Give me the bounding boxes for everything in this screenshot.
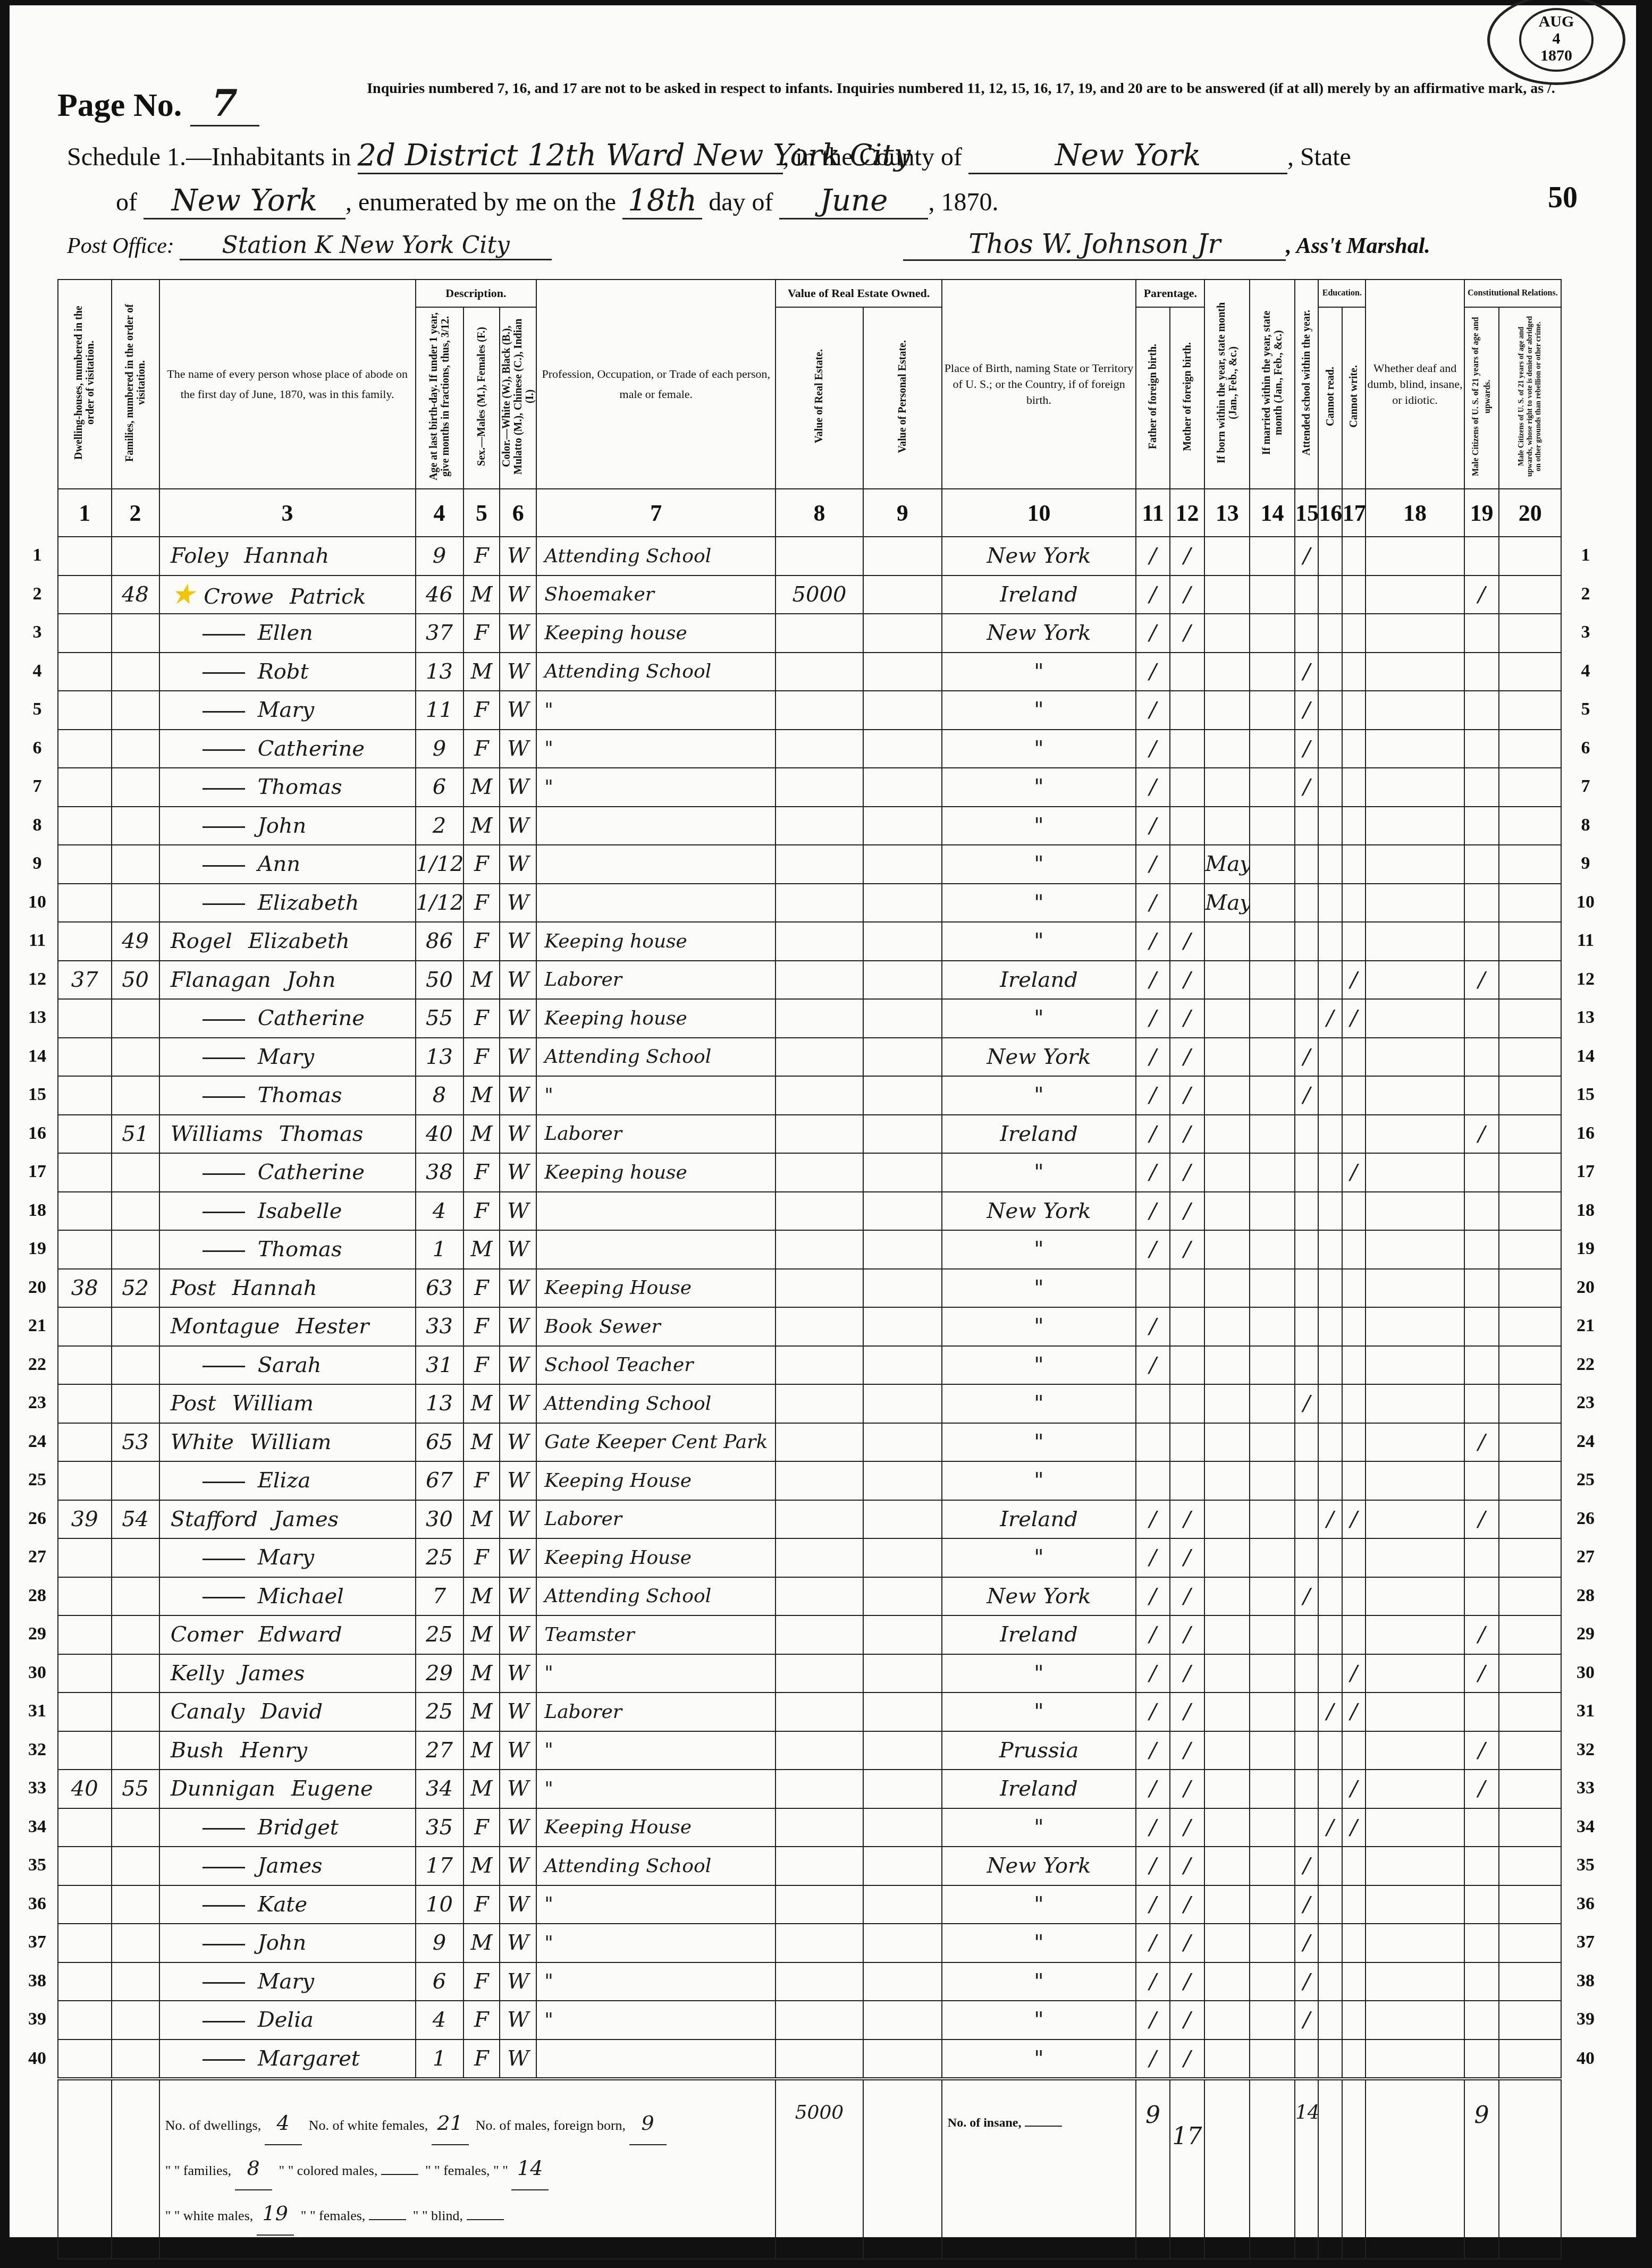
line-number-right: 14 — [1570, 1046, 1602, 1067]
father-foreign-mark: / — [1136, 884, 1170, 923]
sex: F — [463, 922, 500, 961]
father-foreign-mark: / — [1136, 1654, 1170, 1693]
person-name: KellyJames — [159, 1654, 416, 1693]
married-within-year-month — [1250, 2039, 1295, 2079]
disability — [1366, 1654, 1464, 1693]
cannot-write-mark — [1342, 1192, 1366, 1231]
person-name: MontagueHester — [159, 1307, 416, 1346]
column-number: 11 — [1136, 489, 1170, 537]
cannot-write-mark — [1342, 922, 1366, 961]
age: 33 — [416, 1307, 463, 1346]
line-number-left: 39 — [21, 2009, 53, 2029]
cannot-read-mark — [1318, 1924, 1342, 1962]
color: W — [500, 2001, 536, 2039]
birthplace: " — [942, 1269, 1136, 1308]
sex: M — [463, 1423, 500, 1462]
person-name: Thomas — [159, 768, 416, 807]
given-name: William — [232, 1391, 314, 1416]
sex: F — [463, 730, 500, 768]
person-name: Eliza — [159, 1461, 416, 1500]
state-label: , State — [1287, 143, 1351, 171]
color: W — [500, 922, 536, 961]
census-row: Robt13MWAttending School"// — [58, 653, 1561, 691]
sex: F — [463, 1038, 500, 1077]
color: W — [500, 576, 536, 614]
surname-ditto-dash — [203, 1559, 245, 1560]
cannot-read-mark — [1318, 1038, 1342, 1077]
birthplace: " — [942, 1538, 1136, 1577]
surname: Stafford — [171, 1507, 258, 1531]
census-row: KellyJames29MW""//// — [58, 1654, 1561, 1693]
occupation: Gate Keeper Cent Park — [536, 1423, 776, 1462]
color: W — [500, 1307, 536, 1346]
birthplace: " — [942, 653, 1136, 691]
surname: Dunnigan — [171, 1776, 275, 1801]
line-number-left: 40 — [21, 2049, 53, 2069]
dwelling-number — [58, 1230, 112, 1269]
line-number-right: 21 — [1570, 1316, 1602, 1336]
age: 6 — [416, 768, 463, 807]
given-name: Henry — [240, 1738, 307, 1763]
census-row: Isabelle4FWNew York// — [58, 1192, 1561, 1231]
married-within-year-month — [1250, 1153, 1295, 1192]
post-office-label: Post Office: — [67, 234, 174, 258]
dwelling-number — [58, 1307, 112, 1346]
mother-foreign-mark — [1170, 1307, 1205, 1346]
vote-denied-mark — [1499, 884, 1561, 923]
cannot-read-mark: / — [1318, 1692, 1342, 1731]
line-number-left: 1 — [21, 545, 53, 565]
dwelling-number — [58, 1847, 112, 1885]
surname-ditto-dash — [203, 1905, 245, 1907]
occupation: Keeping House — [536, 1538, 776, 1577]
age: 1 — [416, 2039, 463, 2079]
personal-estate-value — [863, 653, 942, 691]
col-6-header: Color.—White (W.), Black (B.), Mulatto (… — [500, 307, 536, 489]
disability — [1366, 807, 1464, 845]
attended-school-mark — [1295, 1307, 1318, 1346]
cannot-read-mark — [1318, 961, 1342, 1000]
birthplace: " — [942, 2039, 1136, 2079]
birthplace: " — [942, 1346, 1136, 1385]
color: W — [500, 1500, 536, 1539]
person-name: PostWilliam — [159, 1384, 416, 1423]
vote-denied-mark — [1499, 1115, 1561, 1154]
male-citizen-mark — [1464, 1384, 1499, 1423]
family-number — [112, 614, 159, 653]
given-name: Delia — [258, 2008, 314, 2032]
father-foreign-mark — [1136, 1461, 1170, 1500]
dwelling-number — [58, 1461, 112, 1500]
occupation — [536, 1230, 776, 1269]
real-estate-value — [776, 999, 863, 1038]
attended-school-mark — [1295, 1731, 1318, 1770]
person-name: Isabelle — [159, 1192, 416, 1231]
cannot-read-mark — [1318, 1115, 1342, 1154]
birthplace: " — [942, 1924, 1136, 1962]
dwelling-number — [58, 1115, 112, 1154]
father-foreign-mark — [1136, 1269, 1170, 1308]
person-name: CanalyDavid — [159, 1692, 416, 1731]
person-name: James — [159, 1847, 416, 1885]
person-name: FoleyHannah — [159, 537, 416, 576]
male-citizen-mark — [1464, 1346, 1499, 1385]
vote-denied-mark — [1499, 1192, 1561, 1231]
given-name: Thomas — [258, 1237, 342, 1262]
born-within-year-month — [1204, 999, 1250, 1038]
father-foreign-mark: / — [1136, 576, 1170, 614]
born-within-year-month — [1204, 1615, 1250, 1654]
married-within-year-month — [1250, 961, 1295, 1000]
age: 29 — [416, 1654, 463, 1693]
married-within-year-month — [1250, 1384, 1295, 1423]
line-number-left: 26 — [21, 1509, 53, 1529]
given-name: David — [260, 1699, 323, 1724]
occupation: " — [536, 1962, 776, 2001]
family-number — [112, 1307, 159, 1346]
person-name: Elizabeth — [159, 884, 416, 923]
personal-estate-value — [863, 1962, 942, 2001]
occupation: Keeping house — [536, 999, 776, 1038]
sex: M — [463, 1731, 500, 1770]
color: W — [500, 1076, 536, 1115]
personal-estate-value — [863, 884, 942, 923]
personal-estate-value — [863, 537, 942, 576]
line-number-left: 25 — [21, 1470, 53, 1490]
male-citizen-mark — [1464, 2001, 1499, 2039]
born-within-year-month — [1204, 1461, 1250, 1500]
column-number: 19 — [1464, 489, 1499, 537]
personal-estate-value — [863, 576, 942, 614]
disability — [1366, 1770, 1464, 1808]
mother-foreign-mark — [1170, 884, 1205, 923]
cannot-write-mark — [1342, 691, 1366, 730]
born-within-year-month — [1204, 1692, 1250, 1731]
occupation: " — [536, 691, 776, 730]
sex: M — [463, 961, 500, 1000]
dwelling-number — [58, 1038, 112, 1077]
sex: F — [463, 1461, 500, 1500]
age: 86 — [416, 922, 463, 961]
vote-denied-mark — [1499, 1500, 1561, 1539]
surname: Post — [171, 1391, 216, 1416]
mother-foreign-mark: / — [1170, 1192, 1205, 1231]
census-row: Bridget35FWKeeping House"//// — [58, 1808, 1561, 1847]
father-foreign-mark: / — [1136, 1808, 1170, 1847]
col-15-total: 14 — [1295, 2079, 1318, 2259]
year-label: , 1870. — [928, 188, 998, 216]
person-name: Mary — [159, 1038, 416, 1077]
census-row: John9MW""/// — [58, 1924, 1561, 1962]
census-row: Thomas1MW"// — [58, 1230, 1561, 1269]
age: 55 — [416, 999, 463, 1038]
family-number — [112, 999, 159, 1038]
foreign-males-count: 9 — [629, 2102, 667, 2145]
color: W — [500, 537, 536, 576]
cannot-read-mark — [1318, 1654, 1342, 1693]
real-estate-value — [776, 1269, 863, 1308]
line-number-right: 33 — [1570, 1778, 1602, 1798]
personal-estate-value — [863, 845, 942, 884]
col-13-header: If born within the year, state month (Ja… — [1204, 280, 1250, 489]
sex: F — [463, 614, 500, 653]
colored-males-count — [381, 2174, 418, 2175]
cannot-write-mark: / — [1342, 1692, 1366, 1731]
born-within-year-month — [1204, 1269, 1250, 1308]
family-number — [112, 1577, 159, 1616]
attended-school-mark — [1295, 1115, 1318, 1154]
occupation: Keeping house — [536, 1153, 776, 1192]
sex: M — [463, 1230, 500, 1269]
vote-denied-mark — [1499, 1885, 1561, 1924]
cannot-write-mark — [1342, 653, 1366, 691]
male-citizen-mark — [1464, 1885, 1499, 1924]
occupation: " — [536, 1731, 776, 1770]
father-foreign-mark: / — [1136, 1192, 1170, 1231]
attended-school-mark — [1295, 1538, 1318, 1577]
age: 25 — [416, 1538, 463, 1577]
birthplace: " — [942, 1076, 1136, 1115]
mother-foreign-mark — [1170, 1384, 1205, 1423]
disability — [1366, 1538, 1464, 1577]
census-rows: FoleyHannah9FWAttending SchoolNew York//… — [58, 537, 1561, 2079]
surname-ditto-dash — [203, 1019, 245, 1021]
cannot-write-mark — [1342, 1346, 1366, 1385]
received-date-stamp: AUG 4 1870 — [1487, 0, 1625, 85]
personal-estate-value — [863, 1269, 942, 1308]
age: 35 — [416, 1808, 463, 1847]
vote-denied-mark — [1499, 614, 1561, 653]
occupation: " — [536, 1885, 776, 1924]
attended-school-mark: / — [1295, 537, 1318, 576]
surname: Bush — [171, 1738, 224, 1763]
person-name: RogelElizabeth — [159, 922, 416, 961]
real-estate-value — [776, 1847, 863, 1885]
vote-denied-mark — [1499, 1731, 1561, 1770]
census-row: John2MW"/ — [58, 807, 1561, 845]
dwelling-number — [58, 1808, 112, 1847]
mother-foreign-mark: / — [1170, 961, 1205, 1000]
given-name: Isabelle — [258, 1199, 342, 1223]
census-row: Mary25FWKeeping House"// — [58, 1538, 1561, 1577]
line-number-left: 33 — [21, 1778, 53, 1798]
father-foreign-mark: / — [1136, 1038, 1170, 1077]
male-citizen-mark — [1464, 1038, 1499, 1077]
census-sheet: AUG 4 1870 Page No. 7 Inquiries numbered… — [10, 5, 1636, 2237]
cannot-write-mark: / — [1342, 1153, 1366, 1192]
mother-foreign-mark: / — [1170, 922, 1205, 961]
married-within-year-month — [1250, 1731, 1295, 1770]
line-number-left: 18 — [21, 1200, 53, 1221]
surname: Comer — [171, 1622, 242, 1647]
line-number-right: 9 — [1570, 853, 1602, 874]
vote-denied-mark — [1499, 1038, 1561, 1077]
line-number-right: 37 — [1570, 1932, 1602, 1952]
disability — [1366, 1692, 1464, 1731]
mother-foreign-mark: / — [1170, 1847, 1205, 1885]
birthplace: Ireland — [942, 576, 1136, 614]
census-row: Mary6FW""/// — [58, 1962, 1561, 2001]
line-number-left: 32 — [21, 1740, 53, 1760]
dwelling-number — [58, 1076, 112, 1115]
mother-foreign-mark: / — [1170, 1538, 1205, 1577]
cannot-read-mark — [1318, 1770, 1342, 1808]
given-name: John — [258, 814, 307, 838]
line-number-left: 3 — [21, 622, 53, 642]
dwelling-number — [58, 884, 112, 923]
real-estate-value — [776, 691, 863, 730]
line-number-left: 20 — [21, 1277, 53, 1298]
married-within-year-month — [1250, 614, 1295, 653]
census-row: Delia4FW""/// — [58, 2001, 1561, 2039]
line-number-left: 10 — [21, 892, 53, 912]
person-name: John — [159, 807, 416, 845]
disability — [1366, 1076, 1464, 1115]
father-foreign-mark: / — [1136, 1153, 1170, 1192]
color: W — [500, 1962, 536, 2001]
sex: M — [463, 1770, 500, 1808]
vote-denied-mark — [1499, 1654, 1561, 1693]
surname-ditto-dash — [203, 1250, 245, 1252]
mother-foreign-mark: / — [1170, 1038, 1205, 1077]
disability — [1366, 922, 1464, 961]
line-number-left: 6 — [21, 738, 53, 758]
birthplace: " — [942, 1307, 1136, 1346]
age: 40 — [416, 1115, 463, 1154]
color: W — [500, 1847, 536, 1885]
surname: Kelly — [171, 1661, 224, 1686]
dwelling-number — [58, 2001, 112, 2039]
cannot-read-mark — [1318, 1230, 1342, 1269]
sex: F — [463, 1307, 500, 1346]
attended-school-mark — [1295, 1770, 1318, 1808]
dwelling-number — [58, 1654, 112, 1693]
attended-school-mark — [1295, 1423, 1318, 1462]
family-number — [112, 807, 159, 845]
mother-foreign-mark — [1170, 691, 1205, 730]
line-number-left: 34 — [21, 1817, 53, 1837]
personal-estate-value — [863, 2039, 942, 2079]
given-name: John — [258, 1931, 307, 1955]
census-row: 4055DunniganEugene34MW"Ireland//// — [58, 1770, 1561, 1808]
color: W — [500, 999, 536, 1038]
birthplace: " — [942, 1461, 1136, 1500]
real-estate-value — [776, 1307, 863, 1346]
line-number-right: 34 — [1570, 1817, 1602, 1837]
sex: F — [463, 1962, 500, 2001]
age: 17 — [416, 1847, 463, 1885]
real-estate-group-header: Value of Real Estate Owned. — [776, 280, 941, 307]
family-number — [112, 1230, 159, 1269]
col-9-header: Value of Personal Estate. — [863, 307, 942, 489]
cannot-read-mark — [1318, 1384, 1342, 1423]
married-within-year-month — [1250, 576, 1295, 614]
born-within-year-month — [1204, 653, 1250, 691]
male-citizen-mark — [1464, 1230, 1499, 1269]
male-citizen-mark — [1464, 768, 1499, 807]
personal-estate-value — [863, 961, 942, 1000]
dwelling-number — [58, 1885, 112, 1924]
real-estate-value — [776, 1346, 863, 1385]
age: 31 — [416, 1346, 463, 1385]
surname: Williams — [171, 1122, 263, 1146]
age: 38 — [416, 1153, 463, 1192]
post-office-line: Post Office: Station K New York City Tho… — [67, 229, 1430, 261]
personal-estate-value — [863, 1307, 942, 1346]
birthplace: " — [942, 922, 1136, 961]
born-within-year-month — [1204, 614, 1250, 653]
page-no-label: Page No. — [57, 87, 182, 123]
person-name: Mary — [159, 1962, 416, 2001]
col-1-header: Dwelling-houses, numbered in the order o… — [58, 280, 112, 489]
color: W — [500, 1192, 536, 1231]
census-row: 51WilliamsThomas40MWLaborerIreland/// — [58, 1115, 1561, 1154]
line-number-right: 35 — [1570, 1855, 1602, 1875]
father-foreign-mark: / — [1136, 1885, 1170, 1924]
male-citizen-mark — [1464, 1269, 1499, 1308]
census-row: Catherine38FWKeeping house"/// — [58, 1153, 1561, 1192]
line-number-right: 30 — [1570, 1663, 1602, 1683]
age: 13 — [416, 1384, 463, 1423]
personal-estate-value — [863, 1346, 942, 1385]
family-number — [112, 1692, 159, 1731]
line-number-right: 28 — [1570, 1586, 1602, 1606]
sex: M — [463, 653, 500, 691]
vote-denied-mark — [1499, 807, 1561, 845]
disability — [1366, 730, 1464, 768]
line-number-left: 35 — [21, 1855, 53, 1875]
col-11-header: Father of foreign birth. — [1136, 307, 1170, 489]
census-row: 3852PostHannah63FWKeeping House" — [58, 1269, 1561, 1308]
personal-estate-value — [863, 1654, 942, 1693]
born-within-year-month — [1204, 537, 1250, 576]
disability — [1366, 614, 1464, 653]
line-number-right: 2 — [1570, 584, 1602, 604]
dwelling-number — [58, 845, 112, 884]
person-name: PostHannah — [159, 1269, 416, 1308]
born-within-year-month — [1204, 1346, 1250, 1385]
real-estate-value — [776, 1808, 863, 1847]
married-within-year-month — [1250, 1115, 1295, 1154]
column-number: 7 — [536, 489, 776, 537]
person-name: ComerEdward — [159, 1615, 416, 1654]
married-within-year-month — [1250, 1269, 1295, 1308]
sex: M — [463, 1115, 500, 1154]
birthplace: " — [942, 1153, 1136, 1192]
color: W — [500, 653, 536, 691]
age: 25 — [416, 1692, 463, 1731]
occupation — [536, 2039, 776, 2079]
disability — [1366, 1847, 1464, 1885]
father-foreign-mark: / — [1136, 1847, 1170, 1885]
real-estate-value — [776, 961, 863, 1000]
born-within-year-month — [1204, 1307, 1250, 1346]
white-males-count: 19 — [257, 2192, 294, 2236]
attended-school-mark — [1295, 1500, 1318, 1539]
father-foreign-mark: / — [1136, 1577, 1170, 1616]
person-name: StaffordJames — [159, 1500, 416, 1539]
male-citizen-mark — [1464, 1461, 1499, 1500]
disability — [1366, 1924, 1464, 1962]
cannot-write-mark — [1342, 2039, 1366, 2079]
person-name: Sarah — [159, 1346, 416, 1385]
dwelling-number — [58, 1384, 112, 1423]
born-within-year-month — [1204, 1538, 1250, 1577]
male-citizen-mark: / — [1464, 1115, 1499, 1154]
surname: White — [171, 1430, 234, 1454]
color: W — [500, 1654, 536, 1693]
vote-denied-mark — [1499, 1423, 1561, 1462]
